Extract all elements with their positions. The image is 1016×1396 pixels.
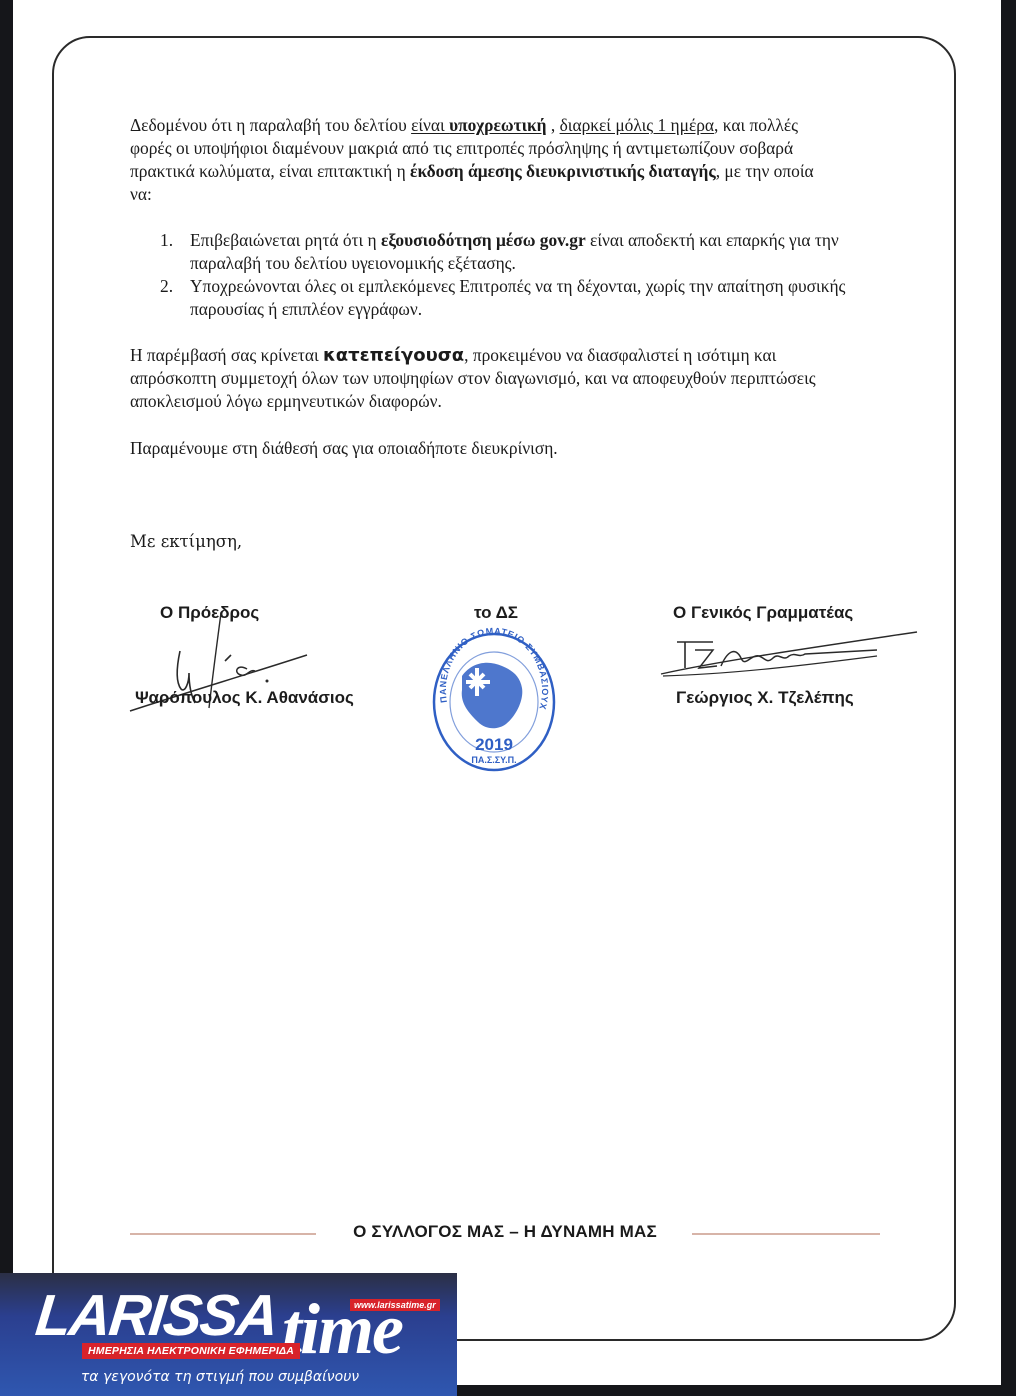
- list-number: 2.: [160, 275, 190, 321]
- secretary-title: Ο Γενικός Γραμματέας: [673, 603, 853, 623]
- footer-motto: Ο ΣΥΛΛΟΓΟΣ ΜΑΣ – Η ΔΥΝΑΜΗ ΜΑΣ: [318, 1222, 692, 1242]
- emphasis-urgent: κατεπείγουσα: [323, 345, 464, 366]
- text-run: Η παρέμβασή σας κρίνεται: [130, 345, 323, 365]
- footer-divider-right: [692, 1233, 880, 1235]
- text-run: Επιβεβαιώνεται ρητά ότι η: [190, 230, 381, 250]
- text-run: Υποχρεώνονται όλες οι εμπλεκόμενες Επιτρ…: [190, 276, 845, 319]
- union-stamp-icon: ΠΑΝΕΛΛΗΝΙΟ ΣΩΜΑΤΕΙΟ ΣΥΜΒΑΣΙΟΥΧΩΝ ΠΥΡΟΣΒΕ…: [430, 626, 558, 772]
- underlined-duration: διαρκεί μόλις 1 ημέρα: [560, 115, 714, 135]
- logo-tagline: ΗΜΕΡΗΣΙΑ ΗΛΕΚΤΡΟΝΙΚΗ ΕΦΗΜΕΡΙΔΑ: [82, 1343, 300, 1359]
- board-title: το ΔΣ: [474, 603, 518, 623]
- emphasis-govgr: εξουσιοδότηση μέσω gov.gr: [381, 230, 586, 250]
- emphasis-mandatory: υποχρεωτική: [449, 115, 546, 135]
- list-number: 1.: [160, 229, 190, 275]
- paragraph-urgency: Η παρέμβασή σας κρίνεται κατεπείγουσα, π…: [130, 344, 850, 413]
- requests-list: 1. Επιβεβαιώνεται ρητά ότι η εξουσιοδότη…: [160, 229, 890, 321]
- footer-divider-left: [130, 1233, 316, 1235]
- svg-text:ΠΑ.Σ.ΣΥ.Π.: ΠΑ.Σ.ΣΥ.Π.: [471, 755, 516, 765]
- paragraph-availability: Παραμένουμε στη διάθεσή σας για οποιαδήπ…: [130, 437, 850, 460]
- larissatime-watermark: LARISSA time www.larissatime.gr ΗΜΕΡΗΣΙΑ…: [0, 1273, 457, 1396]
- secretary-name: Γεώργιος Χ. Τζελέπης: [676, 688, 854, 708]
- logo-brand-larissa: LARISSA: [33, 1287, 280, 1345]
- logo-url: www.larissatime.gr: [350, 1299, 440, 1311]
- logo-slogan: τα γεγονότα τη στιγμή που συμβαίνουν: [0, 1369, 440, 1385]
- text-run: Δεδομένου ότι η παραλαβή του δελτίου: [130, 115, 411, 135]
- underlined-text: είναι: [411, 115, 449, 135]
- president-name: Ψαρόπουλος Κ. Αθανάσιος: [135, 688, 354, 708]
- svg-text:2019: 2019: [475, 735, 513, 754]
- secretary-signature-icon: [655, 628, 920, 688]
- closing-salutation: Με εκτίμηση,: [130, 530, 430, 553]
- list-item-text: Επιβεβαιώνεται ρητά ότι η εξουσιοδότηση …: [190, 229, 890, 275]
- list-item: 2. Υποχρεώνονται όλες οι εμπλεκόμενες Επ…: [160, 275, 890, 321]
- paragraph-intro: Δεδομένου ότι η παραλαβή του δελτίου είν…: [130, 114, 830, 206]
- text-run: ,: [547, 115, 560, 135]
- list-item-text: Υποχρεώνονται όλες οι εμπλεκόμενες Επιτρ…: [190, 275, 890, 321]
- list-item: 1. Επιβεβαιώνεται ρητά ότι η εξουσιοδότη…: [160, 229, 890, 275]
- emphasis-directive: έκδοση άμεσης διευκρινιστικής διαταγής: [410, 161, 716, 181]
